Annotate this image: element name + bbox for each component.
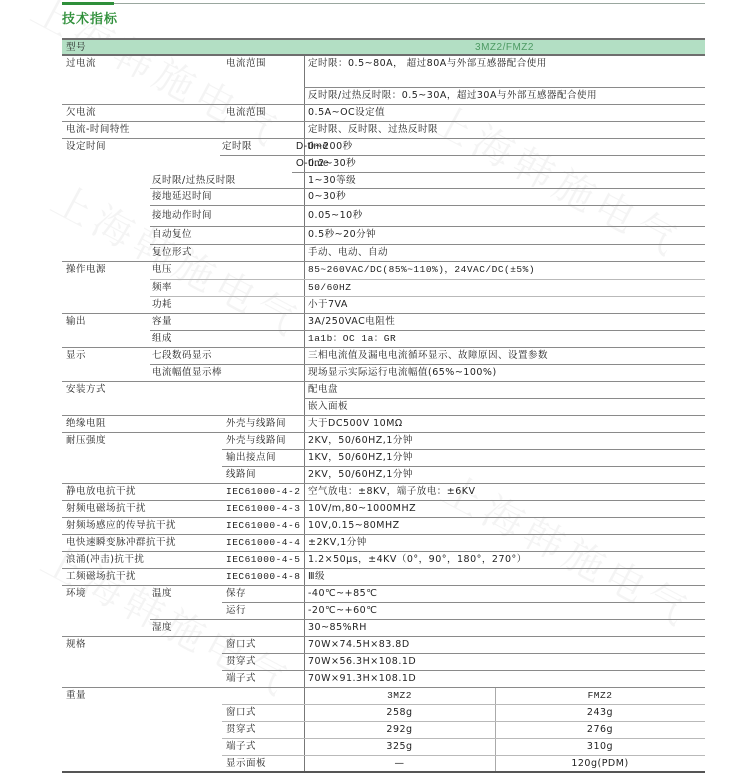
- row-value: 70W×56.3H×108.1D: [308, 654, 416, 670]
- row-sublabel: 功耗: [152, 297, 172, 313]
- table-row: 显示面板 — 120g(PDM): [62, 756, 705, 773]
- row-value: 现场显示实际运行电流幅值(65%~100%): [308, 365, 497, 381]
- row-sublabel: 容量: [152, 314, 172, 330]
- row-sublabel: 频率: [152, 280, 172, 296]
- value-row: 定时限：0.5~80A， 超过80A与外部互感器配合使用: [304, 56, 705, 88]
- row-value: 空气放电：±8KV，端子放电：±6KV: [308, 484, 475, 500]
- group-label: 耐压强度: [66, 433, 106, 449]
- temperature-label: 温度: [152, 586, 172, 602]
- row-sublabel: 显示面板: [226, 756, 266, 772]
- row-sublabel: 电流范围: [226, 56, 266, 72]
- table-row: 静电放电抗干扰 IEC61000-4-2 空气放电：±8KV，端子放电：±6KV: [62, 484, 705, 501]
- table-row: 复位形式 手动、电动、自动: [62, 245, 705, 262]
- row-value: 50/60HZ: [308, 280, 351, 296]
- section-title: 技术指标: [62, 8, 118, 27]
- row-value: 85~260VAC/DC(85%~110%)，24VAC/DC(±5%): [308, 262, 535, 278]
- row-value: 10V/m,80~1000MHZ: [308, 501, 416, 517]
- table-row: 端子式 325g 310g: [222, 739, 705, 756]
- row-sublabel-2: 保存: [226, 586, 246, 602]
- row-sublabel: 接地延迟时间: [152, 189, 212, 205]
- row-sublabel: 窗口式: [226, 637, 256, 653]
- row-value: 70W×74.5H×83.8D: [308, 637, 410, 653]
- row-value: 定时限、反时限、过热反时限: [308, 122, 438, 138]
- row-value: 0~200秒: [308, 139, 353, 155]
- table-row: 接地延迟时间 0~30秒: [150, 189, 705, 206]
- group-label: 设定时间: [66, 139, 106, 155]
- row-value: Ⅲ级: [308, 569, 325, 585]
- row-value: 1.2×50μs，±4KV（0°，90°，180°，270°）: [308, 552, 527, 568]
- weight-column-3mz2: 3MZ2: [304, 688, 495, 704]
- row-value: 嵌入面板: [308, 399, 348, 415]
- row-sublabel: 线路间: [226, 467, 256, 483]
- row-standard: IEC61000-4-3: [226, 501, 300, 517]
- row-sublabel: 自动复位: [152, 227, 192, 243]
- table-row: 电流幅值显示棒 现场显示实际运行电流幅值(65%~100%): [62, 365, 705, 382]
- table-row: 反时限/过热反时限 1~30等级: [150, 173, 705, 189]
- table-row: 组成 1a1b：OC 1a：GR: [62, 331, 705, 348]
- row-value: -20℃~+60℃: [308, 603, 377, 619]
- weight-fmz2: 120g(PDM): [495, 756, 705, 772]
- row-sublabel-2: 运行: [226, 603, 246, 619]
- table-row: 绝缘电阻 外壳与线路间 大于DC500V 10MΩ: [62, 416, 705, 433]
- row-value: -40℃~+85℃: [308, 586, 377, 602]
- row-label: 射频电磁场抗干扰: [66, 501, 146, 517]
- row-sublabel: 电流范围: [226, 105, 266, 121]
- weight-fmz2: 276g: [495, 722, 705, 738]
- row-sublabel: 组成: [152, 331, 172, 347]
- row-sublabel: 七段数码显示: [152, 348, 212, 364]
- table-header: 型号 3MZ2/FMZ2: [62, 38, 705, 56]
- group-label: 输出: [66, 314, 86, 330]
- row-sublabel: 端子式: [226, 739, 256, 755]
- table-row: 配电盘: [304, 382, 705, 399]
- row-label: 过电流: [66, 56, 96, 72]
- row-value: 手动、电动、自动: [308, 245, 388, 261]
- row-value: 定时限：0.5~80A， 超过80A与外部互感器配合使用: [308, 56, 547, 72]
- row-sublabel: 端子式: [226, 671, 256, 687]
- table-row: 欠电流 电流范围 0.5A~OC设定值: [62, 105, 705, 122]
- row-standard: IEC61000-4-8: [226, 569, 300, 585]
- weight-header-row: 3MZ2 FMZ2: [222, 688, 705, 705]
- row-sublabel: 电流幅值显示棒: [152, 365, 222, 381]
- row-standard: IEC61000-4-2: [226, 484, 300, 500]
- table-row: 电快速瞬变脉冲群抗干扰 IEC61000-4-4 ±2KV,1分钟: [62, 535, 705, 552]
- group-label: 显示: [66, 348, 86, 364]
- table-row: 输出接点间 1KV，50/60HZ,1分钟: [222, 450, 705, 467]
- row-value: 1KV，50/60HZ,1分钟: [308, 450, 413, 466]
- row-sublabel: 接地动作时间: [152, 206, 212, 226]
- row-label: 电流-时间特性: [66, 122, 130, 138]
- row-sublabel: 输出接点间: [226, 450, 276, 466]
- row-standard: IEC61000-4-6: [226, 518, 300, 534]
- table-row: 端子式 70W×91.3H×108.1D: [62, 671, 705, 688]
- row-value: 0.5A~OC设定值: [308, 105, 385, 121]
- row-value: 0.2~30秒: [308, 156, 356, 172]
- table-row: 功耗 小于7VA: [62, 297, 705, 314]
- table-row: 自动复位 0.5秒~20分钟: [150, 227, 705, 245]
- row-value: 1~30等级: [308, 173, 356, 189]
- row-label: 工频磁场抗干扰: [66, 569, 136, 585]
- table-row: 窗口式 70W×74.5H×83.8D: [222, 637, 705, 654]
- table-row: 射频场感应的传导抗干扰 IEC61000-4-6 10V,0.15~80MHZ: [62, 518, 705, 535]
- table-row: 窗口式 258g 243g: [222, 705, 705, 722]
- row-value: 10V,0.15~80MHZ: [308, 518, 400, 534]
- row-sublabel: 定时限: [222, 139, 252, 155]
- table-row: 湿度 30~85%RH: [62, 620, 705, 637]
- row-sublabel: 反时限/过热反时限: [152, 173, 236, 189]
- row-label: 欠电流: [66, 105, 96, 121]
- row-value: 三相电流值及漏电电流循环显示、故障原因、设置参数: [308, 348, 548, 364]
- humidity-label: 湿度: [152, 620, 172, 636]
- table-row: 运行 -20℃~+60℃: [150, 603, 705, 620]
- weight-3mz2: 292g: [304, 722, 495, 738]
- row-sublabel: 复位形式: [152, 245, 192, 261]
- row-label: 浪涌(冲击)抗干扰: [66, 552, 144, 568]
- weight-3mz2: 258g: [304, 705, 495, 721]
- group-label: 重量: [66, 688, 86, 704]
- weight-fmz2: 243g: [495, 705, 705, 721]
- title-accent-bar: [62, 2, 114, 5]
- value-row: 反时限/过热反时限：0.5~30A，超过30A与外部互感器配合使用: [304, 88, 705, 105]
- table-row: 频率 50/60HZ: [150, 280, 705, 297]
- table-row: 浪涌(冲击)抗干扰 IEC61000-4-5 1.2×50μs，±4KV（0°，…: [62, 552, 705, 569]
- table-row: 线路间 2KV，50/60HZ,1分钟: [62, 467, 705, 484]
- row-sublabel: 电压: [152, 262, 172, 278]
- table-row: 七段数码显示 三相电流值及漏电电流循环显示、故障原因、设置参数: [150, 348, 705, 365]
- table-row: 保存 -40℃~+85℃: [222, 586, 705, 603]
- row-value: 30~85%RH: [308, 620, 367, 636]
- table-row: 贯穿式 70W×56.3H×108.1D: [222, 654, 705, 671]
- table-row: 外壳与线路间 2KV，50/60HZ,1分钟: [222, 433, 705, 450]
- row-sublabel: 贯穿式: [226, 722, 256, 738]
- group-label: 环境: [66, 586, 86, 602]
- row-value: 0.5秒~20分钟: [308, 227, 376, 243]
- row-sublabel: 外壳与线路间: [226, 433, 286, 449]
- row-label: 静电放电抗干扰: [66, 484, 136, 500]
- row-value: 2KV，50/60HZ,1分钟: [308, 433, 413, 449]
- row-value: 小于7VA: [308, 297, 348, 313]
- table-row: 电压 85~260VAC/DC(85%~110%)，24VAC/DC(±5%): [150, 262, 705, 280]
- row-value: 反时限/过热反时限：0.5~30A，超过30A与外部互感器配合使用: [308, 88, 597, 104]
- weight-3mz2: —: [304, 756, 495, 772]
- header-model: 3MZ2/FMZ2: [304, 40, 705, 55]
- group-label: 规格: [66, 637, 86, 653]
- row-value: 3A/250VAC电阻性: [308, 314, 395, 330]
- table-row: 电流-时间特性 定时限、反时限、过热反时限: [62, 122, 705, 139]
- row-value: 0~30秒: [308, 189, 346, 205]
- row-standard: IEC61000-4-4: [226, 535, 300, 551]
- row-value: 0.05~10秒: [308, 206, 363, 226]
- row-value: 大于DC500V 10MΩ: [308, 416, 403, 432]
- table-row: 容量 3A/250VAC电阻性: [150, 314, 705, 331]
- weight-column-fmz2: FMZ2: [495, 688, 705, 704]
- row-value: 70W×91.3H×108.1D: [308, 671, 416, 687]
- group-label: 操作电源: [66, 262, 106, 278]
- row-value: 1a1b：OC 1a：GR: [308, 331, 396, 347]
- weight-3mz2: 325g: [304, 739, 495, 755]
- table-row: O-time 0.2~30秒: [292, 156, 705, 173]
- table-row: 贯穿式 292g 276g: [222, 722, 705, 739]
- row-sublabel: 外壳与线路间: [226, 416, 286, 432]
- table-row: 接地动作时间 0.05~10秒: [150, 206, 705, 227]
- row-value: 2KV，50/60HZ,1分钟: [308, 467, 413, 483]
- row-label: 射频场感应的传导抗干扰: [66, 518, 176, 534]
- table-row: 工频磁场抗干扰 IEC61000-4-8 Ⅲ级: [62, 569, 705, 586]
- row-label: 绝缘电阻: [66, 416, 106, 432]
- table-row: 射频电磁场抗干扰 IEC61000-4-3 10V/m,80~1000MHZ: [62, 501, 705, 518]
- row-sublabel: 窗口式: [226, 705, 256, 721]
- weight-fmz2: 310g: [495, 739, 705, 755]
- table-row: 嵌入面板: [62, 399, 705, 416]
- table-row: 定时限 D-time 0~200秒: [220, 139, 705, 156]
- header-label: 型号: [66, 40, 86, 55]
- row-sublabel: 贯穿式: [226, 654, 256, 670]
- row-value: 配电盘: [308, 382, 338, 398]
- group-label: 安装方式: [66, 382, 106, 398]
- row-value: ±2KV,1分钟: [308, 535, 367, 551]
- title-rule: [62, 3, 705, 4]
- row-label: 电快速瞬变脉冲群抗干扰: [66, 535, 176, 551]
- row-standard: IEC61000-4-5: [226, 552, 300, 568]
